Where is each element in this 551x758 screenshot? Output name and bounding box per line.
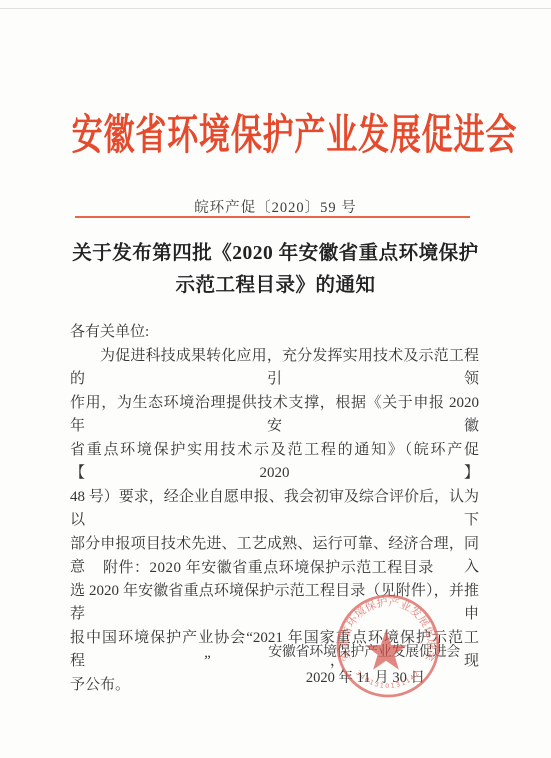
issuer-signature: 安徽省环境保护产业发展促进会 bbox=[268, 641, 460, 661]
notice-title-line2: 示范工程目录》的通知 bbox=[0, 269, 551, 297]
scan-edge bbox=[0, 8, 551, 9]
salutation: 各有关单位: bbox=[70, 321, 479, 345]
letterhead-title: 安徽省环境保护产业发展促进会 bbox=[72, 102, 480, 162]
document-page: 安徽省环境保护产业发展促进会 皖环产促〔2020〕59 号 关于发布第四批《20… bbox=[0, 0, 551, 758]
body-line: 作用，为生态环境治理提供技术支撑，根据《关于申报 2020 年安徽 bbox=[70, 392, 479, 439]
body-line: 为促进科技成果转化应用，充分发挥实用技术及示范工程的引领 bbox=[70, 345, 479, 392]
issue-date: 2020 年 11 月 30 日 bbox=[306, 666, 425, 687]
body-line: 48 号）要求，经企业自愿申报、我会初审及综合评价后，认为以下 bbox=[70, 486, 479, 533]
doc-number: 皖环产促〔2020〕59 号 bbox=[0, 196, 551, 217]
body-line: 选 2020 年安徽省重点环境保护示范工程目录（见附件），并推荐申 bbox=[70, 580, 479, 627]
attachment-line: 附件：2020 年安徽省重点环境保护示范工程目录 bbox=[103, 556, 434, 577]
red-divider bbox=[75, 216, 470, 218]
notice-title-line1: 关于发布第四批《2020 年安徽省重点环境保护 bbox=[0, 237, 551, 265]
body-line: 省重点环境保护实用技术示及范工程的通知》（皖环产促【2020】 bbox=[70, 439, 479, 486]
